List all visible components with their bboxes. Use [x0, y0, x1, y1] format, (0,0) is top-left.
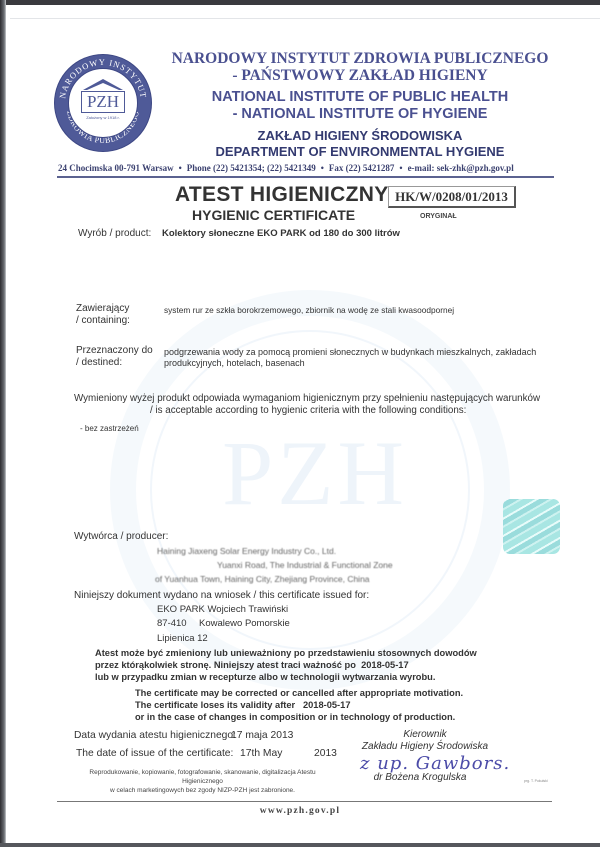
- valid-until-pl: 2018-05-17: [361, 660, 409, 670]
- issued-for-name: EKO PARK Wojciech Trawiński: [157, 604, 288, 616]
- signer-name: dr Bożena Krogulska: [340, 772, 500, 783]
- institute-name-en-1: NATIONAL INSTITUTE OF PUBLIC HEALTH: [160, 89, 560, 106]
- scan-edge-left: [0, 0, 6, 847]
- notice-pl-3: lub w przypadku zmian w recepturze albo …: [95, 671, 435, 683]
- institute-name-pl-2: - PAŃSTWOWY ZAKŁAD HIGIENY: [160, 67, 560, 85]
- page-edge: [10, 18, 600, 19]
- issue-date-label-pl: Data wydania atestu higienicznego:: [74, 729, 236, 742]
- notice-en-2-text: The certificate loses its validity after: [135, 700, 295, 710]
- notice-pl-1: Atest może być zmieniony lub unieważnion…: [95, 647, 477, 659]
- prepared-by: prg. T. Pokulski: [524, 779, 548, 783]
- product-value: Kolektory słoneczne EKO PARK od 180 do 3…: [162, 227, 400, 240]
- producer-line-1: Haining Jiaxeng Solar Energy Industry Co…: [157, 545, 336, 557]
- issue-date-en-year: 2013: [314, 747, 337, 760]
- department-pl: ZAKŁAD HIGIENY ŚRODOWISKA: [160, 128, 560, 144]
- institute-name-en-2: - NATIONAL INSTITUTE OF HYGIENE: [160, 106, 560, 123]
- condition-item: - bez zastrzeżeń: [80, 423, 139, 435]
- seal-pzh-text: PZH: [81, 91, 125, 113]
- separator: •: [399, 163, 402, 173]
- signer-title: Kierownik: [345, 729, 505, 740]
- issue-date-label-en: The date of issue of the certificate:: [76, 747, 233, 760]
- containing-label-en: / containing:: [76, 314, 130, 327]
- producer-line-2: Yuanxi Road, The Industrial & Functional…: [217, 559, 393, 571]
- fax: Fax (22) 5421287: [329, 163, 395, 173]
- issue-date-en-day: 17th May: [240, 747, 282, 760]
- handwritten-signature: z up. Gawbors.: [360, 753, 510, 774]
- separator: •: [179, 163, 182, 173]
- notice-en-2: The certificate loses its validity after…: [135, 699, 351, 711]
- address: 24 Chocimska 00-791 Warsaw: [58, 163, 174, 173]
- issued-for-postcode: 87-410: [157, 618, 187, 630]
- watermark-pzh: PZH: [200, 420, 430, 526]
- destined-value-2: produkcyjnych, hotelach, basenach: [164, 357, 305, 369]
- product-label: Wyrób / product:: [78, 227, 151, 240]
- notice-en-3: or in the case of changes in composition…: [135, 711, 455, 723]
- building-roof-inner: [87, 83, 119, 90]
- issued-for-street: Lipienica 12: [157, 633, 208, 645]
- certificate-title-pl: ATEST HIGIENICZNY: [175, 183, 389, 207]
- conditions-en: / is acceptable according to hygienic cr…: [150, 404, 466, 417]
- issued-for-label: Niniejszy dokument wydano na wniosek / t…: [74, 589, 369, 602]
- signer-department: Zakładu Higieny Środowiska: [345, 741, 505, 752]
- seal-established: Założony w 1918 r.: [85, 115, 121, 120]
- reproduction-notice: Reprodukowanie, kopiowanie, fotografowan…: [70, 768, 335, 795]
- hologram-sticker: [503, 499, 560, 554]
- separator: •: [321, 163, 324, 173]
- institute-name-pl-1: NARODOWY INSTYTUT ZDROWIA PUBLICZNEGO: [160, 50, 560, 68]
- producer-label: Wytwórca / producer:: [74, 530, 168, 543]
- containing-value: system rur ze szkła borokrzemowego, zbio…: [164, 304, 454, 316]
- reproduction-notice-2: w celach marketingowych bez zgody NIZP-P…: [70, 786, 335, 795]
- header-divider: [57, 176, 554, 178]
- scan-edge-top: [0, 0, 600, 5]
- email[interactable]: e-mail: sek-zhk@pzh.gov.pl: [408, 163, 514, 173]
- certificate-number: HK/W/0208/01/2013: [388, 186, 516, 208]
- destined-label-en: / destined:: [76, 356, 122, 369]
- notice-pl-2: przez którąkolwiek stronę. Niniejszy ate…: [95, 659, 409, 671]
- notice-en-1: The certificate may be corrected or canc…: [135, 687, 463, 699]
- department-en: DEPARTMENT OF ENVIRONMENTAL HYGIENE: [160, 144, 560, 160]
- contact-line: 24 Chocimska 00-791 Warsaw•Phone (22) 54…: [58, 163, 553, 173]
- footer-divider: [57, 801, 552, 802]
- notice-pl-2-text: przez którąkolwiek stronę. Niniejszy ate…: [95, 660, 356, 670]
- producer-line-3: of Yuanhua Town, Haining City, Zhejiang …: [155, 573, 370, 585]
- footer-website[interactable]: www.pzh.gov.pl: [0, 806, 600, 816]
- reproduction-notice-1: Reprodukowanie, kopiowanie, fotografowan…: [70, 768, 335, 786]
- issue-date-pl: 17 maja 2013: [231, 729, 293, 742]
- certificate-title-en: HYGIENIC CERTIFICATE: [192, 207, 355, 223]
- scan-edge-bottom: [0, 843, 600, 847]
- pzh-seal-logo: NARODOWY INSTYTUT ZDROWIA PUBLICZNEGO PZ…: [55, 55, 151, 151]
- original-label: ORYGINAŁ: [420, 213, 457, 220]
- issued-for-city: Kowalewo Pomorskie: [199, 618, 290, 630]
- valid-until-en: 2018-05-17: [303, 700, 351, 710]
- phone: Phone (22) 5421354; (22) 5421349: [187, 163, 316, 173]
